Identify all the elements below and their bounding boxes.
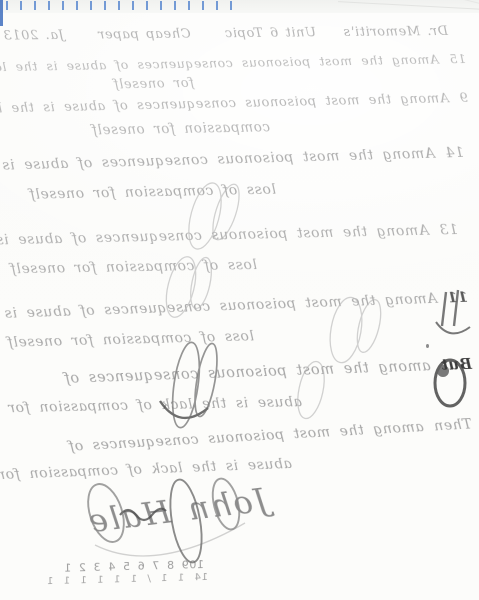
handwriting-line: loss of compassion for oneself [33,257,257,277]
handwriting-line: 9Among the most poisonous consequences o… [8,91,468,116]
scanned-paper-page: Dr. Memoriti's Unit 6 Topic Cheap paper … [0,0,479,600]
handwriting-line: 11Among the most poisonous consequences … [50,290,468,321]
handwriting-text: Among the most poisonous consequences of… [0,146,435,175]
handwriting-text: among the most poisonous consequences of [64,358,431,387]
handwriting-line: loss of compassion for oneself [52,328,254,349]
handwriting-line: 15Among the most poisonous consequences … [8,51,466,74]
heading-handwriting-line: Dr. Memoriti's Unit 6 Topic Cheap paper … [52,24,448,43]
list-marker: 14 [445,145,464,162]
margin-rule-blue-line [0,0,3,26]
handwriting-line: 14Among the most poisonous consequences … [22,145,464,173]
handwriting-line: Thenamong the most poisonous consequence… [20,416,472,457]
handwriting-line: loss of compassion for oneself [52,182,276,203]
handwriting-text: among the most poisonous consequences of [68,419,424,455]
handwriting-text: Among the most poisonous consequences of… [0,223,429,250]
notebook-ruling-ticks [6,1,234,10]
list-marker: 9 [459,91,468,106]
handwriting-line: abuse is the lack of compassion for ones… [30,394,302,416]
list-marker-dark: But [440,356,472,374]
handwriting-line: compassion for oneself [82,119,270,138]
list-marker: 15 [449,51,466,66]
handwriting-line: 13Among the most poisonous consequences … [18,222,458,248]
handwriting-line: for oneself [82,76,194,93]
handwriting-text: Among the most poisonous consequences of… [0,91,449,117]
handwriting-line: abuse is the lack of compassion for ones… [28,456,292,482]
handwriting-text: Among the most poisonous consequences of… [0,291,437,323]
list-marker: Then [433,416,472,434]
pencil-speck [426,344,429,348]
signature-scrawl: John Hale [76,481,269,542]
handwriting-text: Among the most poisonous consequences of… [0,51,439,75]
list-marker: 13 [439,222,458,238]
list-marker-dark: 11 [447,290,468,307]
handwriting-line: Butamong the most poisonous consequences… [60,356,472,387]
